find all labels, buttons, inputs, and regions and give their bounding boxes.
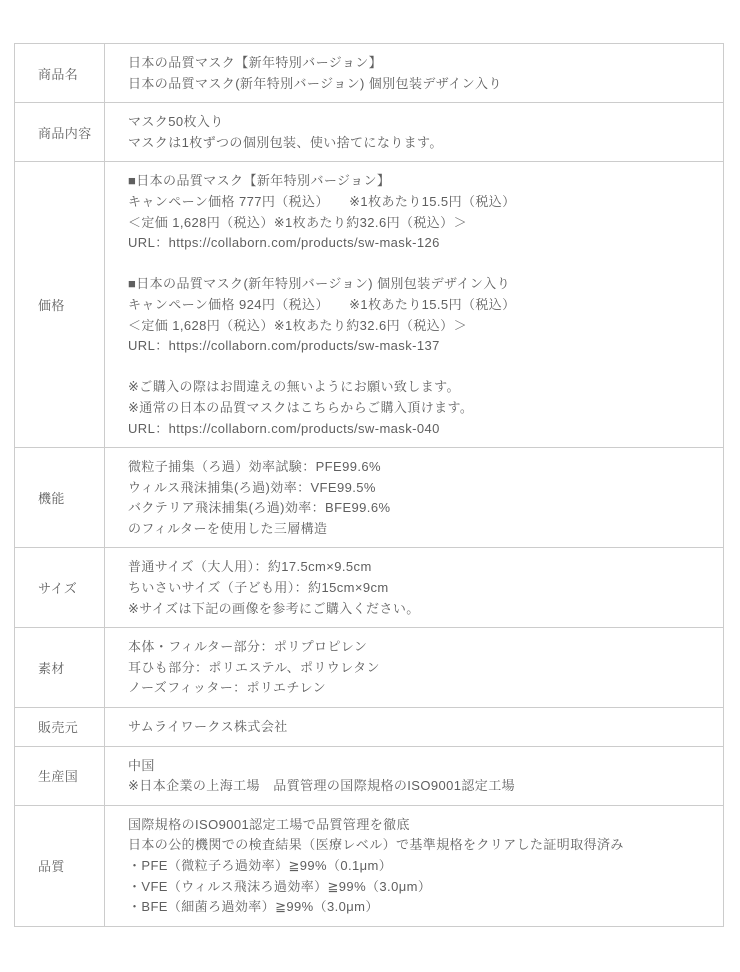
content-country-of-origin: 中国 ※日本企業の上海工場 品質管理の国際規格のISO9001認定工場 (105, 747, 723, 805)
spec-row-country-of-origin: 生産国 中国 ※日本企業の上海工場 品質管理の国際規格のISO9001認定工場 (15, 746, 723, 805)
label-quality: 品質 (15, 806, 105, 926)
label-product-contents: 商品内容 (15, 103, 105, 161)
content-line: キャンペーン価格 777円（税込） ※1枚あたり15.5円（税込） (128, 192, 711, 213)
content-line: 本体・フィルター部分：ポリプロピレン (128, 637, 711, 658)
content-line: ※日本企業の上海工場 品質管理の国際規格のISO9001認定工場 (128, 776, 711, 797)
content-line: のフィルターを使用した三層構造 (128, 519, 711, 540)
content-line: ＜定価 1,628円（税込）※1枚あたり約32.6円（税込）＞ (128, 213, 711, 234)
content-line: ※サイズは下記の画像を参考にご購入ください。 (128, 599, 711, 620)
blank-line (128, 357, 711, 378)
content-line: 微粒子捕集（ろ過）効率試験：PFE99.6% (128, 457, 711, 478)
content-line: 日本の品質マスク【新年特別バージョン】 (128, 53, 711, 74)
content-line: バクテリア飛沫捕集(ろ過)効率：BFE99.6% (128, 498, 711, 519)
label-country-of-origin: 生産国 (15, 747, 105, 805)
spec-row-quality: 品質 国際規格のISO9001認定工場で品質管理を徹底 日本の公的機関での検査結… (15, 805, 723, 926)
page: 商品名 日本の品質マスク【新年特別バージョン】 日本の品質マスク(新年特別バージ… (0, 0, 740, 972)
content-product-contents: マスク50枚入り マスクは1枚ずつの個別包装、使い捨てになります。 (105, 103, 723, 161)
product-url-text: URL：https://collaborn.com/products/sw-ma… (128, 336, 711, 357)
content-line: ■日本の品質マスク【新年特別バージョン】 (128, 171, 711, 192)
content-quality: 国際規格のISO9001認定工場で品質管理を徹底 日本の公的機関での検査結果（医… (105, 806, 723, 926)
content-line: マスク50枚入り (128, 112, 711, 133)
spec-row-product-name: 商品名 日本の品質マスク【新年特別バージョン】 日本の品質マスク(新年特別バージ… (15, 44, 723, 102)
content-line: ちいさいサイズ（子ども用）：約15cm×9cm (128, 578, 711, 599)
content-line: 普通サイズ（大人用）：約17.5cm×9.5cm (128, 557, 711, 578)
label-price: 価格 (15, 162, 105, 447)
product-url-text: URL：https://collaborn.com/products/sw-ma… (128, 419, 711, 440)
content-line: 国際規格のISO9001認定工場で品質管理を徹底 (128, 815, 711, 836)
spec-row-product-contents: 商品内容 マスク50枚入り マスクは1枚ずつの個別包装、使い捨てになります。 (15, 102, 723, 161)
content-line: ＜定価 1,628円（税込）※1枚あたり約32.6円（税込）＞ (128, 316, 711, 337)
content-line: ・PFE（微粒子ろ過効率）≧99%（0.1μm） (128, 856, 711, 877)
product-url-text: URL：https://collaborn.com/products/sw-ma… (128, 233, 711, 254)
content-line: ノーズフィッター：ポリエチレン (128, 678, 711, 699)
content-line: ・VFE（ウィルス飛沫ろ過効率）≧99%（3.0μm） (128, 877, 711, 898)
content-line: ※通常の日本の品質マスクはこちらからご購入頂けます。 (128, 398, 711, 419)
spec-row-material: 素材 本体・フィルター部分：ポリプロピレン 耳ひも部分：ポリエステル、ポリウレタ… (15, 627, 723, 707)
content-line: 中国 (128, 756, 711, 777)
content-line: ・BFE（細菌ろ過効率）≧99%（3.0μm） (128, 897, 711, 918)
content-line: ※ご購入の際はお間違えの無いようにお願い致します。 (128, 377, 711, 398)
spec-row-price: 価格 ■日本の品質マスク【新年特別バージョン】 キャンペーン価格 777円（税込… (15, 161, 723, 447)
label-function: 機能 (15, 448, 105, 547)
label-seller: 販売元 (15, 708, 105, 746)
content-line: サムライワークス株式会社 (128, 717, 711, 738)
content-line: ■日本の品質マスク(新年特別バージョン) 個別包装デザイン入り (128, 274, 711, 295)
content-seller: サムライワークス株式会社 (105, 708, 723, 746)
content-size: 普通サイズ（大人用）：約17.5cm×9.5cm ちいさいサイズ（子ども用）：約… (105, 548, 723, 627)
content-line: ウィルス飛沫捕集(ろ過)効率：VFE99.5% (128, 478, 711, 499)
product-spec-table: 商品名 日本の品質マスク【新年特別バージョン】 日本の品質マスク(新年特別バージ… (14, 43, 724, 927)
spec-row-function: 機能 微粒子捕集（ろ過）効率試験：PFE99.6% ウィルス飛沫捕集(ろ過)効率… (15, 447, 723, 547)
label-product-name: 商品名 (15, 44, 105, 102)
content-material: 本体・フィルター部分：ポリプロピレン 耳ひも部分：ポリエステル、ポリウレタン ノ… (105, 628, 723, 707)
content-price: ■日本の品質マスク【新年特別バージョン】 キャンペーン価格 777円（税込） ※… (105, 162, 723, 447)
spec-row-seller: 販売元 サムライワークス株式会社 (15, 707, 723, 746)
content-line: キャンペーン価格 924円（税込） ※1枚あたり15.5円（税込） (128, 295, 711, 316)
content-line: 日本の品質マスク(新年特別バージョン) 個別包装デザイン入り (128, 74, 711, 95)
content-function: 微粒子捕集（ろ過）効率試験：PFE99.6% ウィルス飛沫捕集(ろ過)効率：VF… (105, 448, 723, 547)
content-line: マスクは1枚ずつの個別包装、使い捨てになります。 (128, 133, 711, 154)
label-material: 素材 (15, 628, 105, 707)
content-line: 日本の公的機関での検査結果（医療レベル）で基準規格をクリアした証明取得済み (128, 835, 711, 856)
spec-row-size: サイズ 普通サイズ（大人用）：約17.5cm×9.5cm ちいさいサイズ（子ども… (15, 547, 723, 627)
blank-line (128, 254, 711, 275)
label-size: サイズ (15, 548, 105, 627)
content-line: 耳ひも部分：ポリエステル、ポリウレタン (128, 658, 711, 679)
content-product-name: 日本の品質マスク【新年特別バージョン】 日本の品質マスク(新年特別バージョン) … (105, 44, 723, 102)
